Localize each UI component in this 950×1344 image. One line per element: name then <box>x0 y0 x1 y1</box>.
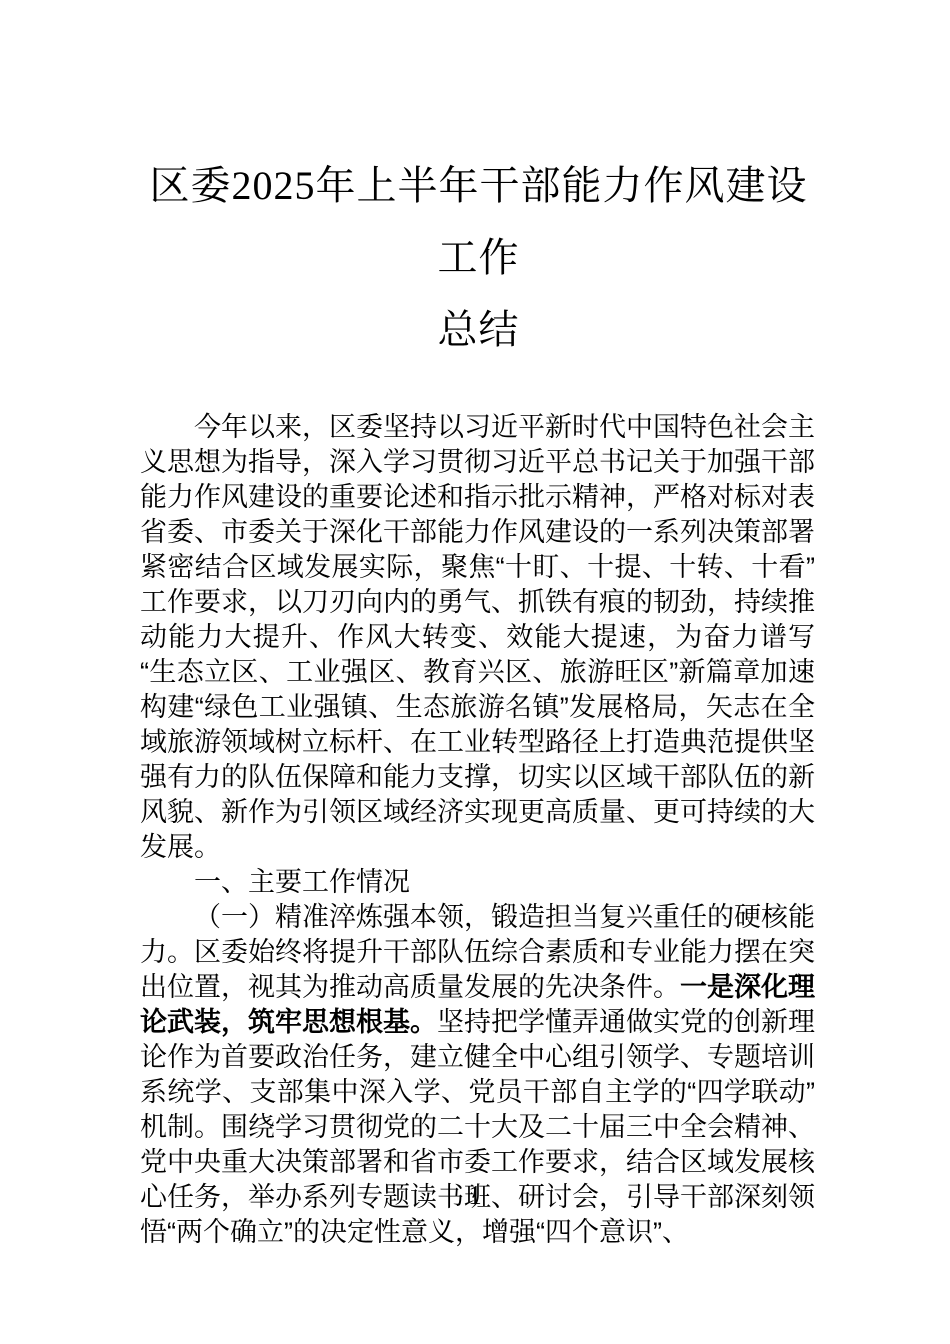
document-page: 区委2025年上半年干部能力作风建设工作 总结 今年以来，区委坚持以习近平新时代… <box>0 0 950 1344</box>
document-title-line-2: 总结 <box>140 294 817 366</box>
document-title-line-1: 区委2025年上半年干部能力作风建设工作 <box>140 150 817 294</box>
document-body: 今年以来，区委坚持以习近平新时代中国特色社会主义思想为指导，深入学习贯彻习近平总… <box>140 410 815 1250</box>
page-number: 1 <box>0 1178 950 1213</box>
paragraph-intro: 今年以来，区委坚持以习近平新时代中国特色社会主义思想为指导，深入学习贯彻习近平总… <box>140 410 815 865</box>
document-title: 区委2025年上半年干部能力作风建设工作 总结 <box>140 150 817 366</box>
section-heading-1: 一、主要工作情况 <box>140 865 815 900</box>
